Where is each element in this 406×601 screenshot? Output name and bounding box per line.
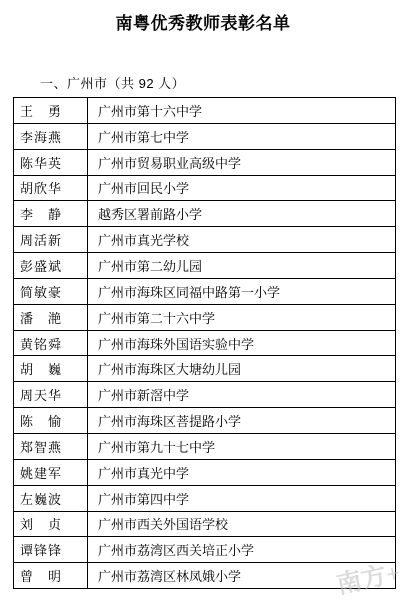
teacher-name-cell: 潘 滟 xyxy=(14,304,88,330)
teacher-name-cell: 郑智燕 xyxy=(14,433,88,459)
table-row: 李 静越秀区署前路小学 xyxy=(14,201,396,227)
school-name-cell: 广州市第二幼儿园 xyxy=(88,253,396,279)
school-name-cell: 广州市新滘中学 xyxy=(88,382,396,408)
teacher-name-cell: 姚建军 xyxy=(14,459,88,485)
table-row: 周天华广州市新滘中学 xyxy=(14,382,396,408)
school-name-cell: 越秀区署前路小学 xyxy=(88,201,396,227)
table-row: 彭盛斌广州市第二幼儿园 xyxy=(14,253,396,279)
section-heading: 一、广州市（共 92 人） xyxy=(40,73,406,92)
teacher-name-cell: 陈 愉 xyxy=(14,408,88,434)
table-row: 姚建军广州市真光中学 xyxy=(14,459,396,485)
school-name-cell: 广州市回民小学 xyxy=(88,175,396,201)
table-row: 刘 贞广州市西关外国语学校 xyxy=(14,511,396,537)
school-name-cell: 广州市荔湾区林凤娥小学 xyxy=(88,563,396,589)
teacher-name-cell: 左巍波 xyxy=(14,485,88,511)
teacher-name-cell: 李海燕 xyxy=(14,123,88,149)
teacher-name-cell: 胡 巍 xyxy=(14,356,88,382)
school-name-cell: 广州市第十六中学 xyxy=(88,98,396,124)
school-name-cell: 广州市第九十七中学 xyxy=(88,433,396,459)
table-row: 李海燕广州市第七中学 xyxy=(14,123,396,149)
table-row: 黄铭舜广州市海珠外国语实验中学 xyxy=(14,330,396,356)
school-name-cell: 广州市海珠区同福中路第一小学 xyxy=(88,278,396,304)
teacher-name-cell: 胡欣华 xyxy=(14,175,88,201)
teacher-name-cell: 刘 贞 xyxy=(14,511,88,537)
school-name-cell: 广州市第四中学 xyxy=(88,485,396,511)
table-row: 潘 滟广州市第二十六中学 xyxy=(14,304,396,330)
school-name-cell: 广州市贸易职业高级中学 xyxy=(88,149,396,175)
teacher-name-cell: 周天华 xyxy=(14,382,88,408)
school-name-cell: 广州市第七中学 xyxy=(88,123,396,149)
teacher-name-cell: 曾 明 xyxy=(14,563,88,589)
table-row: 胡 巍广州市海珠区大塘幼儿园 xyxy=(14,356,396,382)
table-row: 郑智燕广州市第九十七中学 xyxy=(14,433,396,459)
school-name-cell: 广州市真光学校 xyxy=(88,227,396,253)
school-name-cell: 广州市第二十六中学 xyxy=(88,304,396,330)
school-name-cell: 广州市海珠外国语实验中学 xyxy=(88,330,396,356)
school-name-cell: 广州市真光中学 xyxy=(88,459,396,485)
teacher-name-cell: 黄铭舜 xyxy=(14,330,88,356)
table-row: 周活新广州市真光学校 xyxy=(14,227,396,253)
school-name-cell: 广州市海珠区大塘幼儿园 xyxy=(88,356,396,382)
table-row: 胡欣华广州市回民小学 xyxy=(14,175,396,201)
teacher-roster-table: 王 勇广州市第十六中学李海燕广州市第七中学陈华英广州市贸易职业高级中学胡欣华广州… xyxy=(13,97,396,589)
teacher-name-cell: 彭盛斌 xyxy=(14,253,88,279)
table-row: 陈 愉广州市海珠区菩提路小学 xyxy=(14,408,396,434)
page-title: 南粤优秀教师表彰名单 xyxy=(0,0,406,34)
teacher-name-cell: 谭锋锋 xyxy=(14,537,88,563)
teacher-name-cell: 周活新 xyxy=(14,227,88,253)
teacher-name-cell: 陈华英 xyxy=(14,149,88,175)
teacher-roster-body: 王 勇广州市第十六中学李海燕广州市第七中学陈华英广州市贸易职业高级中学胡欣华广州… xyxy=(14,98,396,589)
table-row: 简敏豪广州市海珠区同福中路第一小学 xyxy=(14,278,396,304)
school-name-cell: 广州市荔湾区西关培正小学 xyxy=(88,537,396,563)
teacher-name-cell: 简敏豪 xyxy=(14,278,88,304)
teacher-name-cell: 王 勇 xyxy=(14,98,88,124)
table-row: 陈华英广州市贸易职业高级中学 xyxy=(14,149,396,175)
table-row: 王 勇广州市第十六中学 xyxy=(14,98,396,124)
table-row: 谭锋锋广州市荔湾区西关培正小学 xyxy=(14,537,396,563)
school-name-cell: 广州市西关外国语学校 xyxy=(88,511,396,537)
teacher-name-cell: 李 静 xyxy=(14,201,88,227)
school-name-cell: 广州市海珠区菩提路小学 xyxy=(88,408,396,434)
table-row: 曾 明广州市荔湾区林凤娥小学 xyxy=(14,563,396,589)
table-row: 左巍波广州市第四中学 xyxy=(14,485,396,511)
